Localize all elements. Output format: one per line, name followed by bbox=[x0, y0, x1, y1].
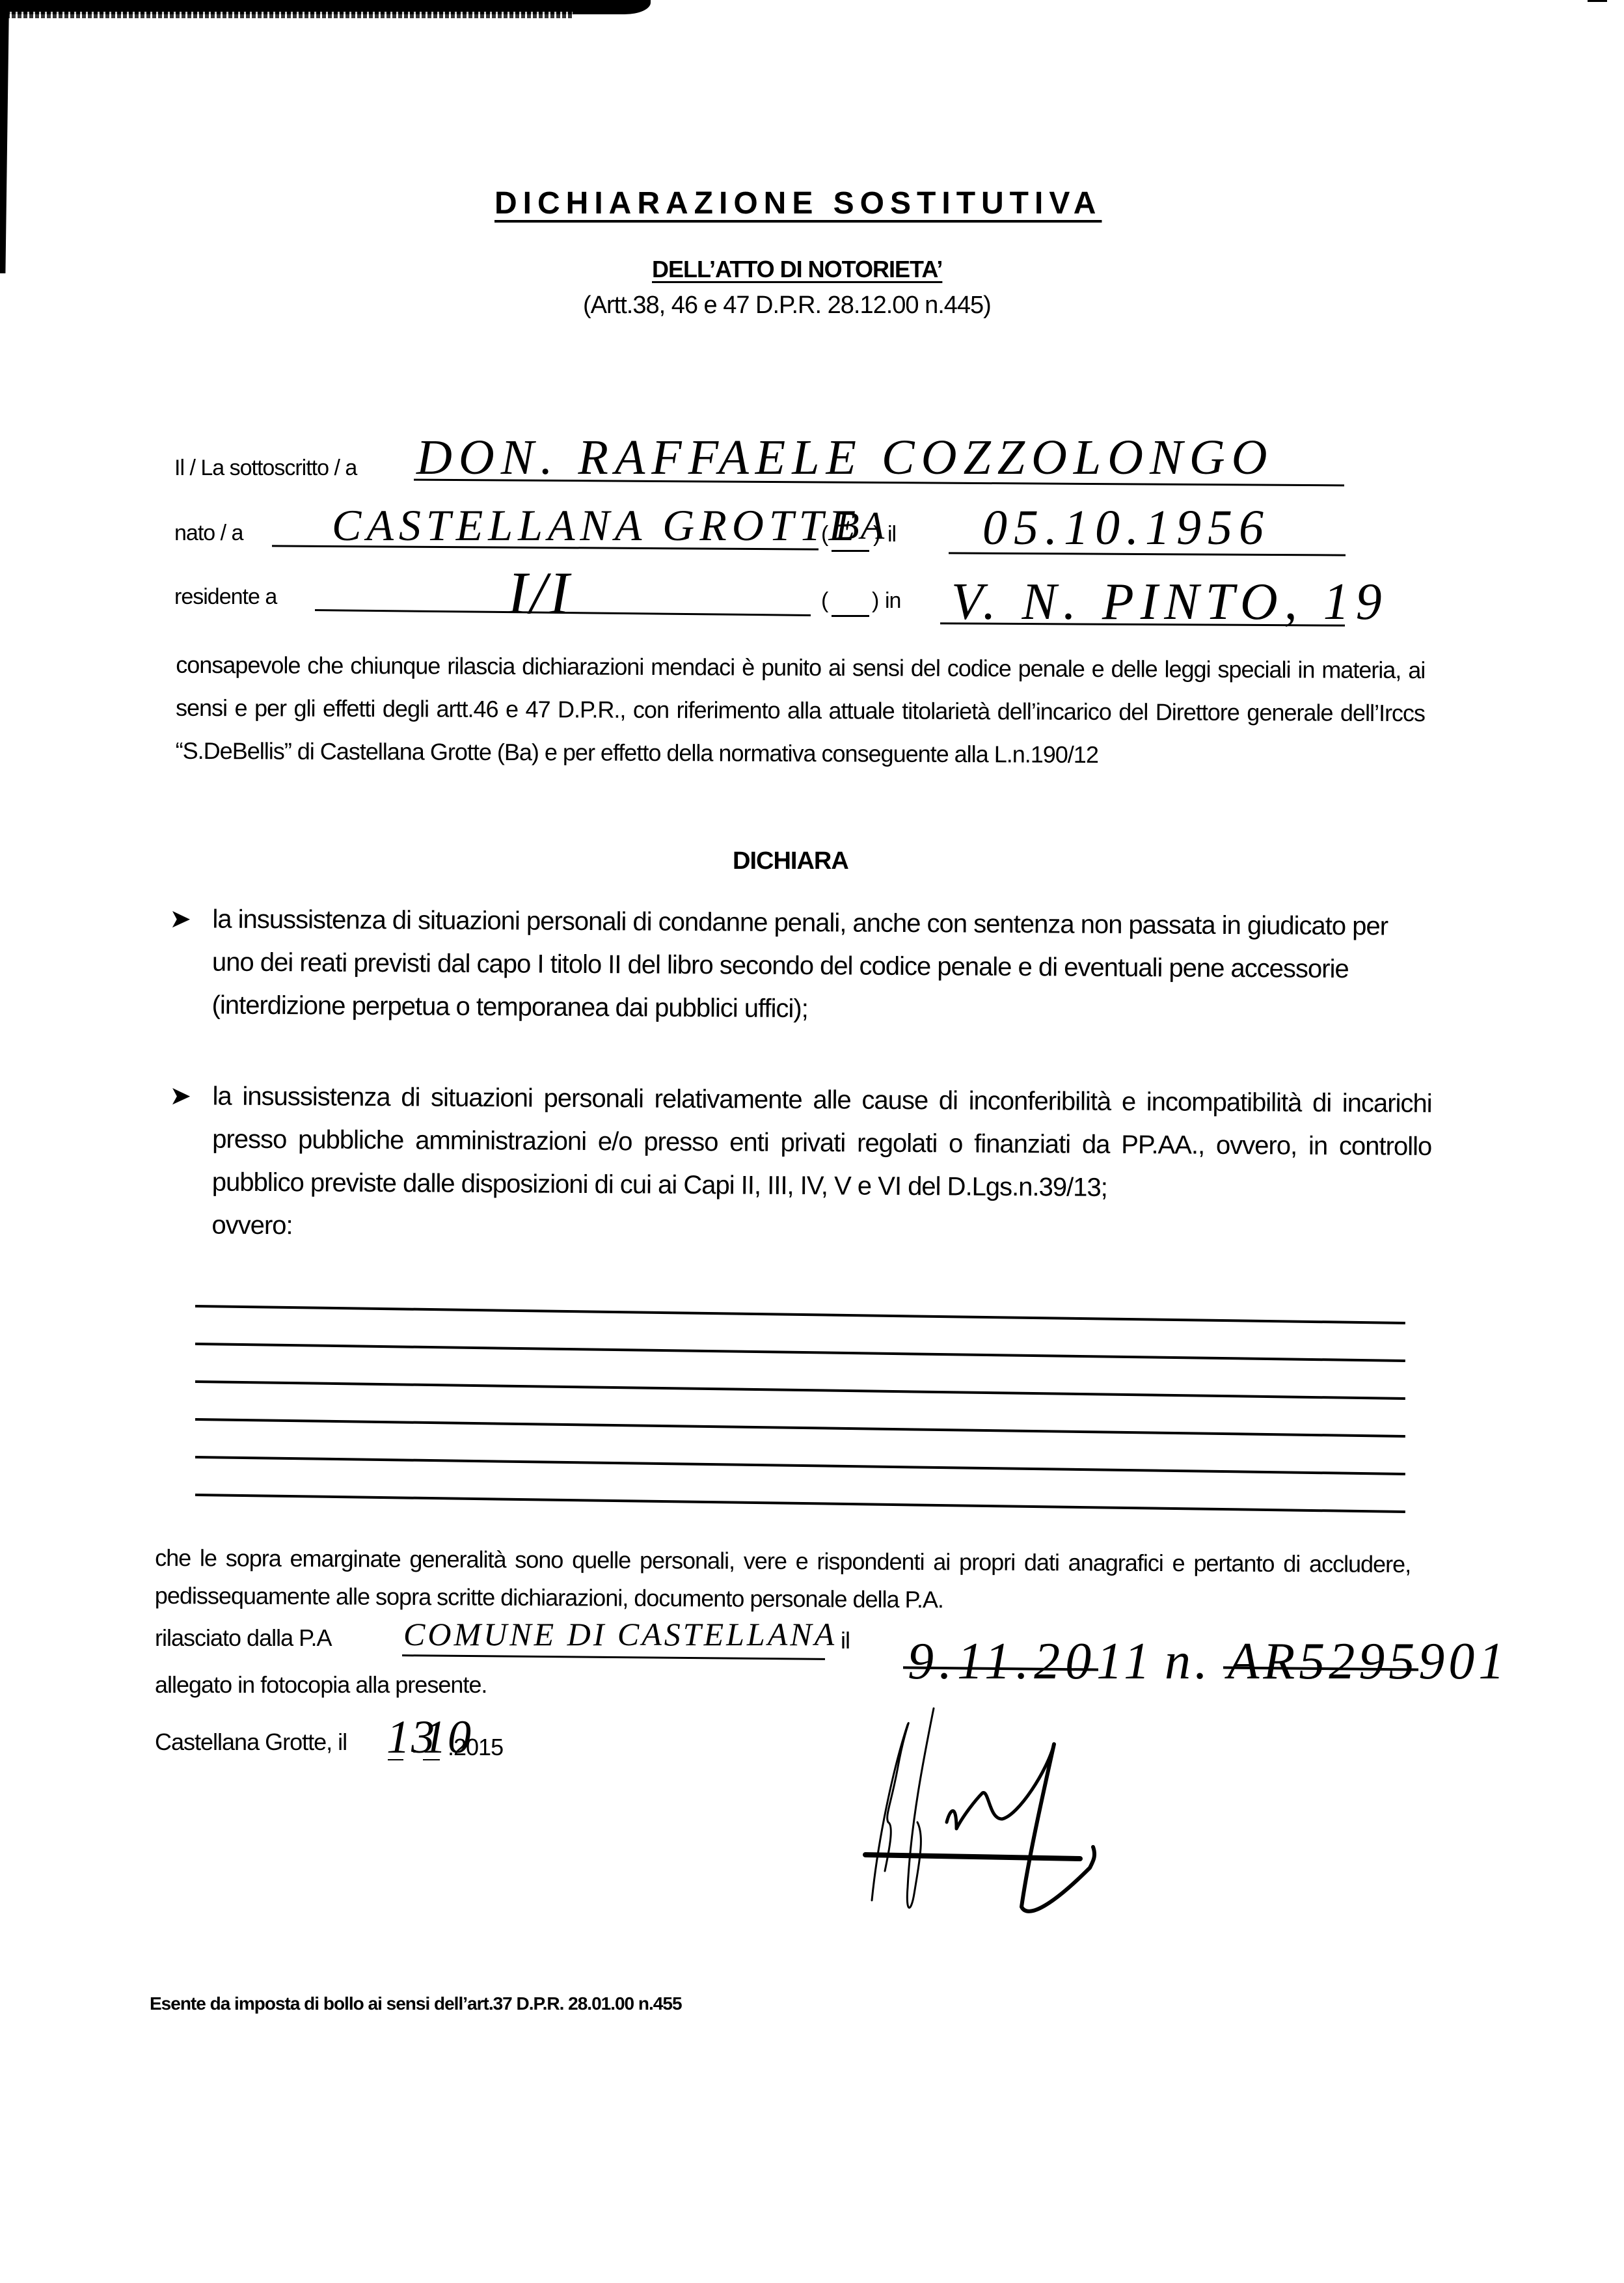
scan-edge-left-lower bbox=[0, 221, 3, 273]
blank-line[interactable] bbox=[195, 1380, 1405, 1400]
undersigned-field[interactable]: DON. RAFFAELE COZZOLONGO bbox=[416, 430, 1274, 486]
document-number-field[interactable]: n. AR5295901 bbox=[1165, 1632, 1508, 1691]
year-suffix: .2015 bbox=[448, 1734, 503, 1761]
issued-by-field-line bbox=[402, 1654, 825, 1660]
address-field[interactable]: V. N. PINTO, 19 bbox=[951, 573, 1388, 632]
born-label: nato / a bbox=[174, 521, 243, 546]
blank-line[interactable] bbox=[195, 1418, 1405, 1438]
undersigned-label: Il / La sottoscritto / a bbox=[174, 456, 357, 481]
born-date-label: il bbox=[887, 522, 896, 547]
place-date-prefix: Castellana Grotte, il bbox=[155, 1729, 347, 1756]
document-subtitle: DELL’ATTO DI NOTORIETA’ bbox=[652, 256, 942, 283]
footer-note: Esente da imposta di bollo ai sensi dell… bbox=[150, 1993, 682, 2014]
born-province-paren-close: ) bbox=[873, 522, 880, 547]
resident-province-paren-close: ) bbox=[872, 588, 878, 614]
preamble-text: consapevole che chiunque rilascia dichia… bbox=[176, 644, 1426, 778]
document-title: DICHIARAZIONE SOSTITUTIVA bbox=[494, 185, 1102, 221]
declaration-text: la insussistenza di situazioni personali… bbox=[211, 897, 1431, 1033]
issued-by-label: rilasciato dalla P.A bbox=[155, 1624, 332, 1652]
declaration-item-1: ➤ la insussistenza di situazioni persona… bbox=[169, 897, 1431, 1034]
legal-reference: (Artt.38, 46 e 47 D.P.R. 28.12.00 n.445) bbox=[583, 292, 991, 320]
blank-line[interactable] bbox=[195, 1456, 1405, 1475]
born-date-field[interactable]: 05.10.1956 bbox=[982, 500, 1270, 556]
issued-by-field[interactable]: COMUNE DI CASTELLANA bbox=[403, 1615, 837, 1653]
handwritten-signature-icon bbox=[833, 1705, 1288, 1939]
attachment-text: allegato in fotocopia alla presente. bbox=[155, 1671, 487, 1699]
declaration-item-2: ➤ la insussistenza di situazioni persona… bbox=[169, 1074, 1432, 1254]
resident-field[interactable]: I/I bbox=[507, 558, 572, 627]
resident-province-paren-open: ( bbox=[821, 588, 828, 614]
arrowhead-bullet-icon: ➤ bbox=[169, 897, 191, 940]
scan-edge-top-right bbox=[1588, 0, 1607, 2]
arrowhead-bullet-icon: ➤ bbox=[169, 1074, 191, 1117]
declares-heading: DICHIARA bbox=[733, 847, 848, 875]
blank-line[interactable] bbox=[195, 1343, 1405, 1362]
declaration-text: la insussistenza di situazioni personali… bbox=[212, 1074, 1432, 1210]
scan-edge-top-noise bbox=[0, 12, 573, 18]
resident-label: residente a bbox=[174, 584, 277, 610]
date-separator: . bbox=[411, 1731, 417, 1758]
address-label: in bbox=[885, 588, 900, 614]
blank-line[interactable] bbox=[195, 1494, 1405, 1513]
born-province-paren-open: ( bbox=[821, 522, 828, 547]
born-place-field[interactable]: CASTELLANA GROTTE bbox=[332, 500, 861, 551]
blank-line[interactable] bbox=[195, 1305, 1405, 1324]
issued-date-field[interactable]: 9.11.2011 bbox=[908, 1632, 1155, 1691]
closing-text: che le sopra emarginate generalità sono … bbox=[155, 1539, 1411, 1621]
declaration-suffix: ovvero: bbox=[211, 1203, 1431, 1253]
issued-date-label: il bbox=[841, 1627, 850, 1654]
born-province-field-line bbox=[832, 550, 869, 552]
resident-province-field-line bbox=[832, 615, 869, 617]
